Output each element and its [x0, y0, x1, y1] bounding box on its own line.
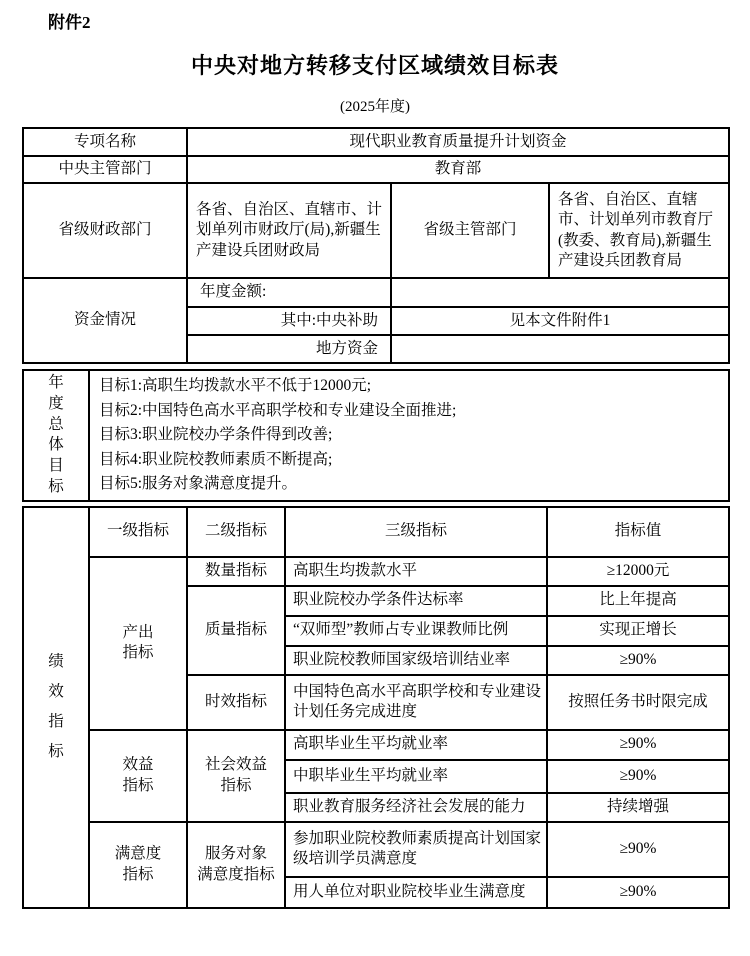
funding-label: 资金情况	[23, 278, 187, 363]
indicator-name: 高职生均拨款水平	[285, 557, 547, 586]
indicator-value: ≥90%	[547, 822, 729, 877]
attachment-label: 附件2	[0, 0, 750, 33]
indicator-name: 用人单位对职业院校毕业生满意度	[285, 877, 547, 908]
level2-quality: 质量指标	[187, 586, 285, 675]
indicators-label: 绩效指标	[23, 507, 89, 908]
indicator-name: 职业教育服务经济社会发展的能力	[285, 793, 547, 822]
goal-item: 目标2:中国特色高水平高职学校和专业建设全面推进;	[99, 399, 722, 424]
document-page: 附件2 中央对地方转移支付区域绩效目标表 (2025年度) 专项名称 现代职业教…	[0, 0, 750, 956]
annual-goals-table: 年度总体目标 目标1:高职生均拨款水平不低于12000元; 目标2:中国特色高水…	[22, 369, 730, 502]
indicator-value: ≥12000元	[547, 557, 729, 586]
prov-finance-label: 省级财政部门	[23, 183, 187, 278]
header-value: 指标值	[547, 507, 729, 557]
header-level1: 一级指标	[89, 507, 187, 557]
level1-output: 产出 指标	[89, 557, 187, 730]
indicators-table: 绩效指标 一级指标 二级指标 三级指标 指标值 产出 指标 数量指标 高职生均拨…	[22, 506, 730, 909]
header-level2: 二级指标	[187, 507, 285, 557]
indicator-value: 持续增强	[547, 793, 729, 822]
project-name-value: 现代职业教育质量提升计划资金	[187, 128, 729, 156]
indicator-value: ≥90%	[547, 877, 729, 908]
indicator-name: “双师型”教师占专业课教师比例	[285, 616, 547, 646]
annual-goals-label: 年度总体目标	[23, 370, 89, 501]
indicator-value: ≥90%	[547, 760, 729, 793]
table-row: 省级财政部门 各省、自治区、直辖市、计划单列市财政厅(局),新疆生产建设兵团财政…	[23, 183, 729, 278]
local-funds-value	[391, 335, 729, 363]
level1-benefit: 效益 指标	[89, 730, 187, 822]
indicator-name: 中职毕业生平均就业率	[285, 760, 547, 793]
page-title: 中央对地方转移支付区域绩效目标表	[0, 49, 750, 80]
indicator-name: 高职毕业生平均就业率	[285, 730, 547, 760]
prov-finance-value: 各省、自治区、直辖市、计划单列市财政厅(局),新疆生产建设兵团财政局	[187, 183, 391, 278]
central-dept-label: 中央主管部门	[23, 156, 187, 183]
goal-item: 目标3:职业院校办学条件得到改善;	[99, 423, 722, 448]
indicator-value: ≥90%	[547, 646, 729, 675]
table-row: 产出 指标 数量指标 高职生均拨款水平 ≥12000元	[23, 557, 729, 586]
annual-goals-label-text: 年度总体目标	[47, 373, 64, 498]
project-info-table: 专项名称 现代职业教育质量提升计划资金 中央主管部门 教育部 省级财政部门 各省…	[22, 127, 730, 364]
indicator-name: 中国特色高水平高职学校和专业建设计划任务完成进度	[285, 675, 547, 730]
central-dept-value: 教育部	[187, 156, 729, 183]
annual-amount-label: 年度金额:	[187, 278, 391, 307]
table-row: 效益 指标 社会效益 指标 高职毕业生平均就业率 ≥90%	[23, 730, 729, 760]
central-subsidy-value: 见本文件附件1	[391, 307, 729, 335]
indicators-label-text: 绩效指标	[47, 647, 64, 768]
goal-item: 目标4:职业院校教师素质不断提高;	[99, 448, 722, 473]
goal-item: 目标1:高职生均拨款水平不低于12000元;	[99, 374, 722, 399]
table-row: 绩效指标 一级指标 二级指标 三级指标 指标值	[23, 507, 729, 557]
indicator-value: 按照任务书时限完成	[547, 675, 729, 730]
goal-item: 目标5:服务对象满意度提升。	[99, 472, 722, 497]
project-name-label: 专项名称	[23, 128, 187, 156]
central-subsidy-label: 其中:中央补助	[187, 307, 391, 335]
indicator-value: 比上年提高	[547, 586, 729, 616]
table-row: 专项名称 现代职业教育质量提升计划资金	[23, 128, 729, 156]
level2-social-benefit: 社会效益 指标	[187, 730, 285, 822]
header-level3: 三级指标	[285, 507, 547, 557]
level2-quantity: 数量指标	[187, 557, 285, 586]
level1-satisfaction: 满意度 指标	[89, 822, 187, 908]
indicator-name: 参加职业院校教师素质提高计划国家级培训学员满意度	[285, 822, 547, 877]
indicator-value: ≥90%	[547, 730, 729, 760]
indicator-name: 职业院校教师国家级培训结业率	[285, 646, 547, 675]
prov-admin-label: 省级主管部门	[391, 183, 549, 278]
page-subtitle: (2025年度)	[0, 95, 750, 116]
table-row: 资金情况 年度金额:	[23, 278, 729, 307]
local-funds-label: 地方资金	[187, 335, 391, 363]
indicator-name: 职业院校办学条件达标率	[285, 586, 547, 616]
annual-amount-value	[391, 278, 729, 307]
prov-admin-value: 各省、自治区、直辖市、计划单列市教育厅(教委、教育局),新疆生产建设兵团教育局	[549, 183, 729, 278]
level2-timeliness: 时效指标	[187, 675, 285, 730]
table-row: 满意度 指标 服务对象 满意度指标 参加职业院校教师素质提高计划国家级培训学员满…	[23, 822, 729, 877]
table-row: 年度总体目标 目标1:高职生均拨款水平不低于12000元; 目标2:中国特色高水…	[23, 370, 729, 501]
level2-service-satisfaction: 服务对象 满意度指标	[187, 822, 285, 908]
annual-goals-content: 目标1:高职生均拨款水平不低于12000元; 目标2:中国特色高水平高职学校和专…	[89, 370, 729, 501]
indicator-value: 实现正增长	[547, 616, 729, 646]
table-row: 中央主管部门 教育部	[23, 156, 729, 183]
